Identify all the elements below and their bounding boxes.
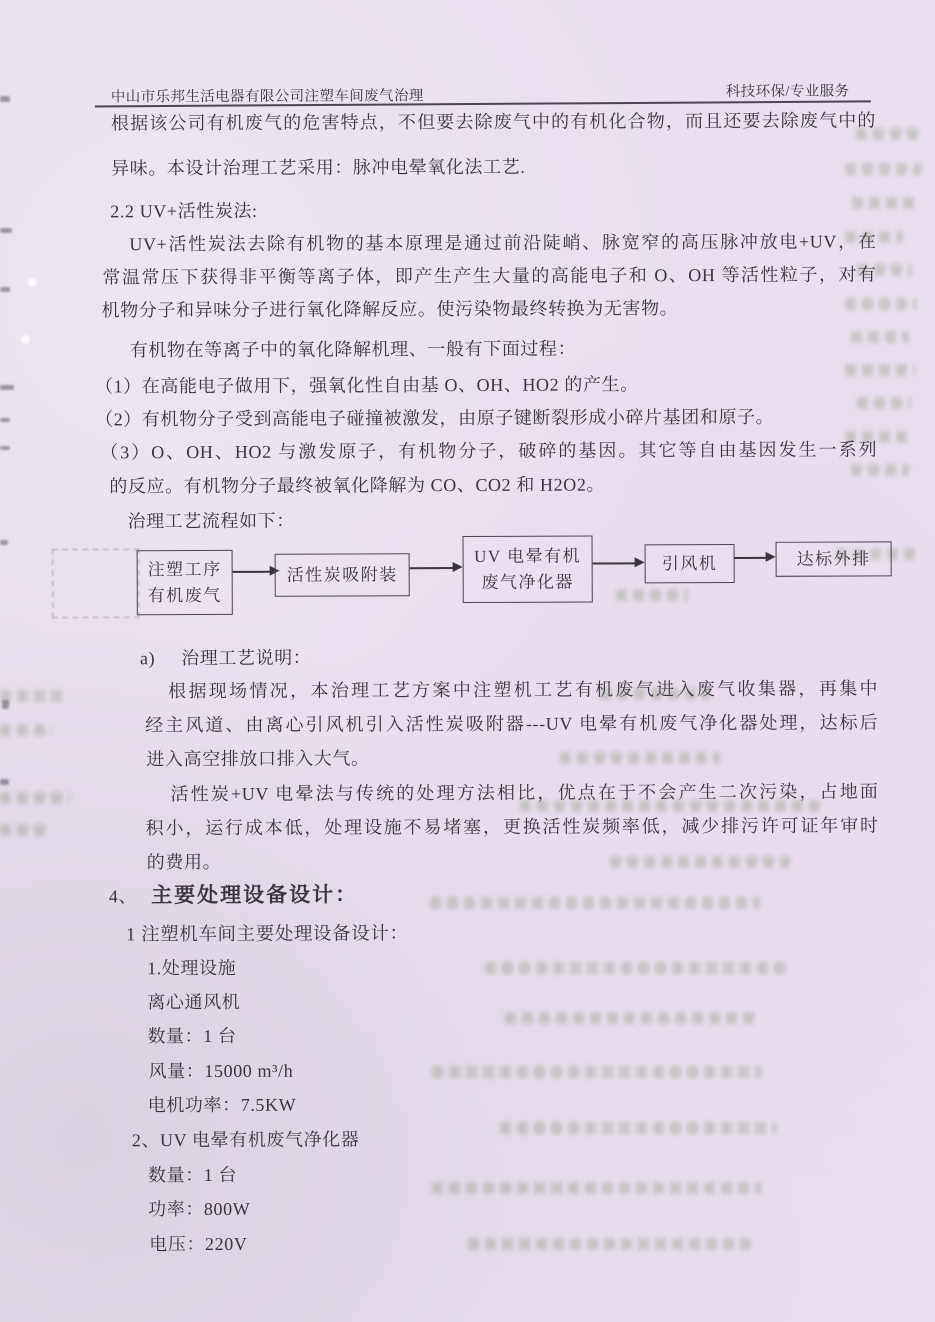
flow-arrow: [735, 557, 767, 559]
flow-box-injection-source: 注塑工序 有机废气: [137, 550, 233, 615]
flow-box-label: UV 电晕有机: [474, 543, 581, 569]
principle-line-2: 常温常压下获得非平衡等离子体，即产生产生大量的高能电子和 O、OH 等活性粒子，…: [102, 262, 876, 289]
note-a-label: a): [140, 648, 155, 668]
flow-box-label: 注塑工序: [148, 556, 222, 582]
flow-box-label: 活性炭吸附装: [287, 562, 398, 588]
process-flowchart: 注塑工序 有机废气 活性炭吸附装 UV 电晕有机 废气净化器 引风机 达标外排: [0, 0, 932, 2]
flow-box-discharge: 达标外排: [776, 541, 892, 576]
flowchart-intro: 治理工艺流程如下：: [127, 509, 294, 534]
list-item-3-line-1: （3）O、OH、HO2 与激发原子，有机物分子，破碎的基因。其它等自由基因发生一…: [100, 437, 877, 464]
mechanism-intro: 有机物在等离子中的氧化降解机理、一般有下面过程：: [130, 337, 576, 363]
fan-motor-power: 电机功率：7.5KW: [148, 1093, 297, 1118]
principle-line-3: 机物分子和异味分子进行氧化降解反应。使污染物最终转换为无害物。: [102, 296, 679, 322]
flow-box-label: 有机废气: [148, 582, 222, 608]
flow-arrow: [233, 571, 271, 573]
document-content: 中山市乐邦生活电器有限公司注塑车间废气治理 科技环保/专业服务 根据该公司有机废…: [0, 0, 935, 1322]
list-item-1: （1）在高能电子做用下，强氧化性自由基 O、OH、HO2 的产生。: [95, 372, 639, 398]
section-4-heading: 4、主要处理设备设计：: [109, 882, 358, 908]
advantage-line-1: 活性炭+UV 电晕法与传统的处理方法相比，优点在于不会产生二次污染，占地面: [170, 779, 878, 806]
flow-arrow: [410, 567, 454, 569]
note-a-line-3: 进入高空排放口排入大气。: [146, 746, 369, 771]
flow-box-label: 达标外排: [797, 546, 871, 572]
intro-line-2: 异味。本设计治理工艺采用：脉冲电晕氧化法工艺.: [111, 155, 525, 181]
note-a-heading: a)治理工艺说明：: [140, 646, 311, 671]
bleed-through-box: [52, 548, 140, 618]
purifier-power: 功率：800W: [148, 1197, 250, 1221]
purifier-quantity: 数量：1 台: [148, 1163, 237, 1187]
intro-line-1: 根据该公司有机废气的危害特点，不但要去除废气中的有机化合物，而且还要去除废气中的: [111, 108, 876, 135]
list-item-3-line-2: 的反应。有机物分子最终被氧化降解为 CO、CO2 和 H2O2。: [109, 472, 605, 498]
section-4-title: 主要处理设备设计：: [151, 882, 358, 907]
advantage-line-3: 的费用。: [147, 850, 221, 874]
section-4-number: 4、: [109, 886, 137, 906]
note-a-line-2: 经主风道、由离心引风机引入活性炭吸附器---UV 电晕有机废气净化器处理，达标后: [145, 710, 878, 737]
scanned-document-page: 中山市乐邦生活电器有限公司注塑车间废气治理 科技环保/专业服务 根据该公司有机废…: [0, 0, 935, 1322]
flow-box-activated-carbon: 活性炭吸附装: [275, 553, 410, 597]
section-2-2-heading: 2.2 UV+活性炭法:: [110, 199, 257, 224]
fan-name: 离心通风机: [147, 990, 240, 1014]
flow-box-draft-fan: 引风机: [645, 544, 735, 583]
fan-airflow: 风量：15000 m³/h: [149, 1059, 294, 1084]
principle-line-1: UV+活性炭法去除有机物的基本原理是通过前沿陡峭、脉宽窄的高压脉冲放电+UV，在: [129, 229, 876, 256]
note-a-line-1: 根据现场情况，本治理工艺方案中注塑机工艺有机废气进入废气收集器，再集中: [168, 676, 878, 703]
note-a-title: 治理工艺说明：: [181, 648, 311, 668]
section-4-subtitle: 1 注塑机车间主要处理设备设计：: [126, 922, 409, 947]
purifier-voltage: 电压：220V: [149, 1232, 247, 1256]
advantage-line-2: 积小，运行成本低，处理设施不易堵塞，更换活性炭频率低，减少排污许可证年审时: [146, 813, 879, 840]
flow-box-label: 废气净化器: [481, 569, 574, 595]
fan-quantity: 数量：1 台: [147, 1024, 236, 1048]
facility-heading: 1.处理设施: [147, 956, 236, 980]
list-item-2: （2）有机物分子受到高能电子碰撞被激发，由原子键断裂形成小碎片基团和原子。: [95, 405, 774, 432]
purifier-heading: 2、UV 电晕有机废气净化器: [132, 1127, 360, 1152]
flow-arrow: [593, 562, 636, 564]
flow-box-uv-purifier: UV 电晕有机 废气净化器: [463, 536, 593, 603]
flow-box-label: 引风机: [662, 551, 718, 577]
